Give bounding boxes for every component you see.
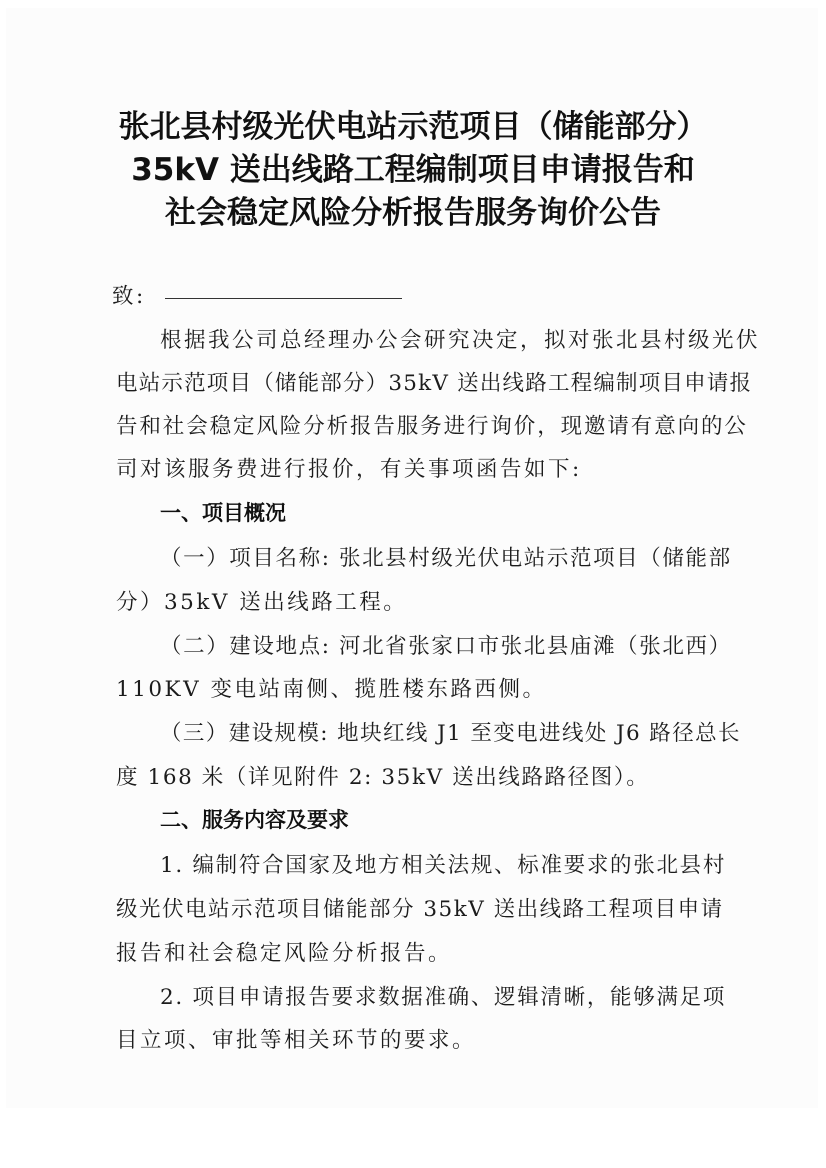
section-2-line-4: 2. 项目申请报告要求数据准确、逻辑清晰，能够满足项 — [160, 980, 726, 1011]
section-1-line-3: （二）建设地点: 河北省张家口市张北县庙滩（张北西） — [160, 629, 732, 660]
section-1-heading: 一、项目概况 — [160, 497, 286, 527]
document-title-line-2: 35kV 送出线路工程编制项目申请报告和 — [0, 144, 826, 189]
section-1-line-5: （三）建设规模: 地块红线 J1 至变电进线处 J6 路径总长 — [160, 716, 741, 747]
section-2-heading: 二、服务内容及要求 — [160, 804, 349, 834]
section-2-line-1: 1. 编制符合国家及地方相关法规、标准要求的张北县村 — [160, 848, 726, 879]
section-1-line-1: （一）项目名称: 张北县村级光伏电站示范项目（储能部 — [160, 541, 732, 572]
section-1-line-6: 度 168 米（详见附件 2: 35kV 送出线路路径图）。 — [116, 760, 649, 791]
section-2-line-2: 级光伏电站示范项目储能部分 35kV 送出线路工程项目申请 — [116, 892, 724, 923]
section-1-line-2: 分）35kV 送出线路工程。 — [116, 585, 407, 616]
addressee-blank-line — [165, 298, 402, 299]
intro-line-4: 司对该服务费进行报价，有关事项函告如下: — [116, 452, 582, 483]
intro-line-1: 根据我公司总经理办公会研究决定，拟对张北县村级光伏 — [160, 323, 760, 354]
section-2-line-3: 报告和社会稳定风险分析报告。 — [116, 936, 452, 967]
addressee-label: 致: — [112, 279, 146, 310]
document-title-line-3: 社会稳定风险分析报告服务询价公告 — [0, 187, 826, 232]
section-1-line-4: 110KV 变电站南侧、揽胜楼东路西侧。 — [116, 672, 546, 703]
document-title-line-1: 张北县村级光伏电站示范项目（储能部分） — [0, 101, 826, 146]
intro-line-2: 电站示范项目（储能部分）35kV 送出线路工程编制项目申请报 — [116, 366, 752, 397]
intro-line-3: 告和社会稳定风险分析报告服务进行询价，现邀请有意向的公 — [116, 409, 748, 440]
section-2-line-5: 目立项、审批等相关环节的要求。 — [116, 1023, 476, 1054]
